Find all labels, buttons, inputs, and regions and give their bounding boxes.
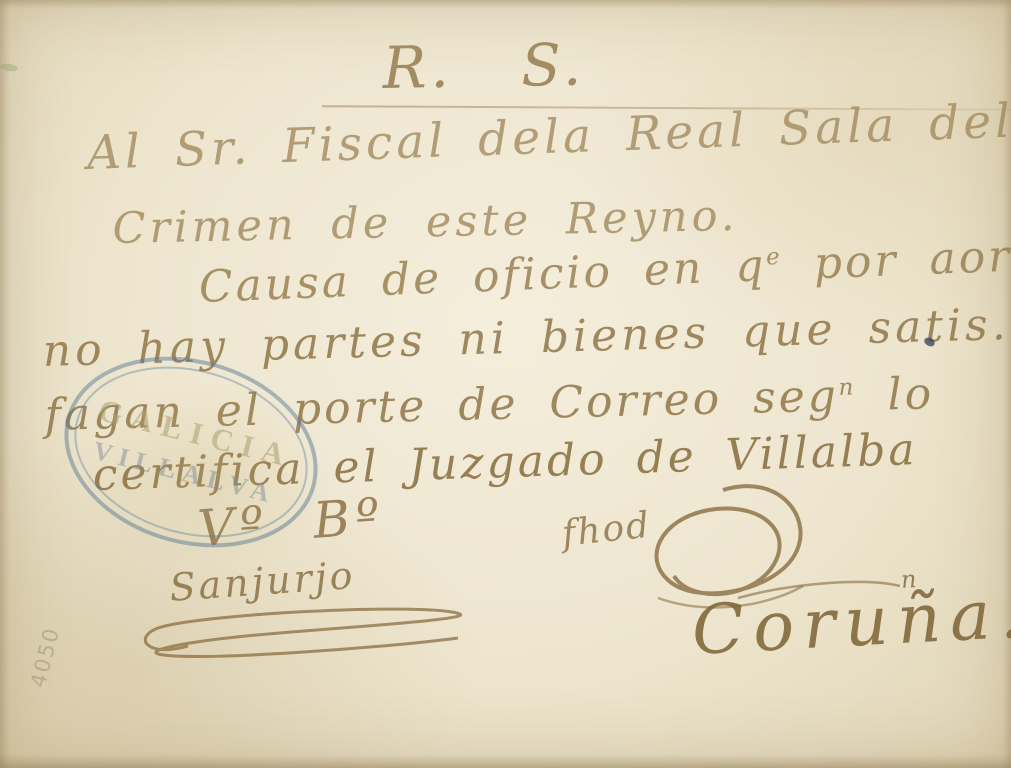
edge-speck (0, 63, 18, 72)
pencil-collector-number: 4050 (26, 624, 64, 689)
line-3-text: Causa de oficio en q (198, 240, 767, 313)
line-5-superscript: n (838, 374, 856, 400)
line-3-text-end: por aora (782, 230, 1011, 291)
destination-tilde-stroke-icon (736, 578, 906, 604)
signature-paraph-icon (128, 598, 488, 668)
line-5-text-end: lo (856, 368, 935, 421)
line-3-superscript: e (766, 244, 784, 271)
document-heading: R. S. (382, 30, 586, 102)
cover-document: R. S. Al Sr. Fiscal dela Real Sala del C… (0, 0, 1011, 768)
